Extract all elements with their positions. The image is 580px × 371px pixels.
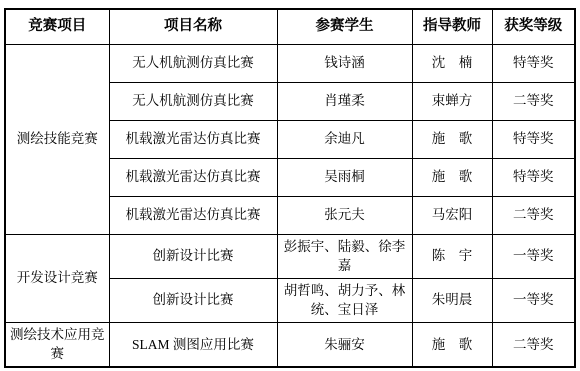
project-cell: 机载激光雷达仿真比赛: [109, 158, 277, 196]
project-cell: SLAM 测图应用比赛: [109, 322, 277, 367]
project-cell: 创新设计比赛: [109, 278, 277, 322]
project-cell: 无人机航测仿真比赛: [109, 44, 277, 82]
column-header-project: 项目名称: [109, 9, 277, 44]
students-cell: 张元夫: [277, 196, 412, 234]
teacher-cell: 陈 宇: [412, 234, 492, 278]
award-cell: 二等奖: [492, 322, 575, 367]
project-cell: 机载激光雷达仿真比赛: [109, 120, 277, 158]
award-cell: 特等奖: [492, 120, 575, 158]
teacher-cell: 马宏阳: [412, 196, 492, 234]
project-cell: 创新设计比赛: [109, 234, 277, 278]
students-cell: 余迪凡: [277, 120, 412, 158]
document-page: 竞赛项目 项目名称 参赛学生 指导教师 获奖等级 测绘技能竞赛无人机航测仿真比赛…: [0, 0, 580, 371]
column-header-students: 参赛学生: [277, 9, 412, 44]
students-cell: 彭振宇、陆毅、徐李嘉: [277, 234, 412, 278]
teacher-cell: 朱明晨: [412, 278, 492, 322]
award-cell: 二等奖: [492, 82, 575, 120]
category-cell: 开发设计竞赛: [5, 234, 109, 322]
column-header-teacher: 指导教师: [412, 9, 492, 44]
awards-table: 竞赛项目 项目名称 参赛学生 指导教师 获奖等级 测绘技能竞赛无人机航测仿真比赛…: [4, 8, 576, 368]
students-cell: 肖瑾柔: [277, 82, 412, 120]
award-cell: 一等奖: [492, 278, 575, 322]
header-row: 竞赛项目 项目名称 参赛学生 指导教师 获奖等级: [5, 9, 575, 44]
teacher-cell: 沈 楠: [412, 44, 492, 82]
awards-table-body: 测绘技能竞赛无人机航测仿真比赛钱诗涵沈 楠特等奖无人机航测仿真比赛肖瑾柔束蝉方二…: [5, 44, 575, 367]
table-row: 测绘技能竞赛无人机航测仿真比赛钱诗涵沈 楠特等奖: [5, 44, 575, 82]
students-cell: 朱骊安: [277, 322, 412, 367]
column-header-award: 获奖等级: [492, 9, 575, 44]
students-cell: 胡哲鸣、胡力予、林统、宝日泽: [277, 278, 412, 322]
teacher-cell: 施 歌: [412, 322, 492, 367]
category-cell: 测绘技能竞赛: [5, 44, 109, 234]
table-row: 测绘技术应用竞赛SLAM 测图应用比赛朱骊安施 歌二等奖: [5, 322, 575, 367]
project-cell: 机载激光雷达仿真比赛: [109, 196, 277, 234]
teacher-cell: 施 歌: [412, 120, 492, 158]
column-header-category: 竞赛项目: [5, 9, 109, 44]
category-cell: 测绘技术应用竞赛: [5, 322, 109, 367]
awards-table-header: 竞赛项目 项目名称 参赛学生 指导教师 获奖等级: [5, 9, 575, 44]
award-cell: 二等奖: [492, 196, 575, 234]
project-cell: 无人机航测仿真比赛: [109, 82, 277, 120]
students-cell: 钱诗涵: [277, 44, 412, 82]
table-row: 开发设计竞赛创新设计比赛彭振宇、陆毅、徐李嘉陈 宇一等奖: [5, 234, 575, 278]
teacher-cell: 施 歌: [412, 158, 492, 196]
students-cell: 吴雨桐: [277, 158, 412, 196]
award-cell: 特等奖: [492, 158, 575, 196]
award-cell: 一等奖: [492, 234, 575, 278]
teacher-cell: 束蝉方: [412, 82, 492, 120]
award-cell: 特等奖: [492, 44, 575, 82]
